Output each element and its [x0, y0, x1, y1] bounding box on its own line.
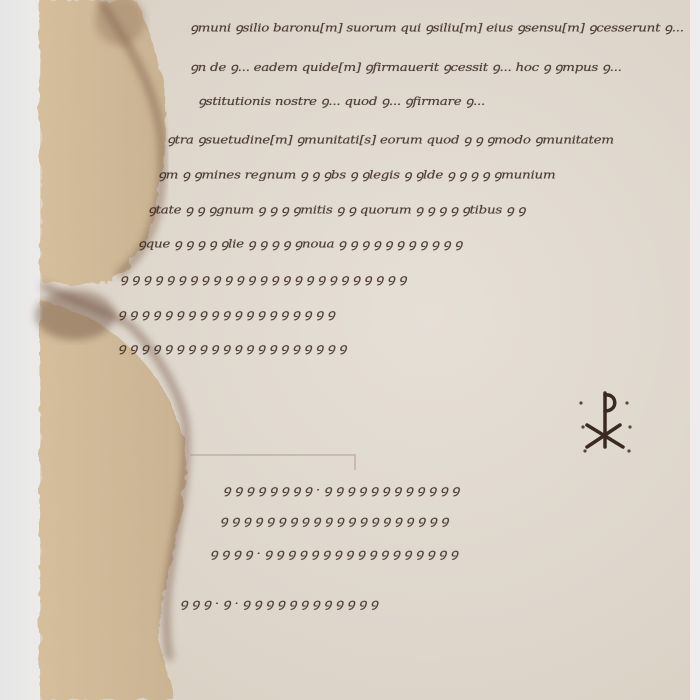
text-line-5: ꝯm ꝯ ꝯmines regnum ꝯ ꝯ ꝯbs ꝯ ꝯlegis ꝯ ꝯl…	[158, 166, 555, 181]
text-line-6: ꝯtate ꝯ ꝯ ꝯgnum ꝯ ꝯ ꝯ ꝯmitis ꝯ ꝯ quorum …	[148, 201, 525, 216]
text-line-4: ꝯtra ꝯsuetudine[m] ꝯmunitati[s] eorum qu…	[167, 131, 614, 146]
text-line-14: ꝯ ꝯ ꝯ · ꝯ · ꝯ ꝯ ꝯ ꝯ ꝯ ꝯ ꝯ ꝯ ꝯ ꝯ ꝯ ꝯ	[180, 595, 378, 610]
text-line-11: ꝯ ꝯ ꝯ ꝯ ꝯ ꝯ ꝯ ꝯ · ꝯ ꝯ ꝯ ꝯ ꝯ ꝯ ꝯ ꝯ ꝯ ꝯ ꝯ …	[223, 481, 459, 496]
text-line-1: ꝯmuni ꝯsilio baronu[m] suorum qui ꝯsiliu…	[190, 19, 640, 34]
text-line-8: ꝯ ꝯ ꝯ ꝯ ꝯ ꝯ ꝯ ꝯ ꝯ ꝯ ꝯ ꝯ ꝯ ꝯ ꝯ ꝯ ꝯ ꝯ ꝯ ꝯ …	[120, 270, 406, 285]
text-line-10: ꝯ ꝯ ꝯ ꝯ ꝯ ꝯ ꝯ ꝯ ꝯ ꝯ ꝯ ꝯ ꝯ ꝯ ꝯ ꝯ ꝯ ꝯ ꝯ ꝯ	[118, 339, 346, 354]
manuscript-text: ꝯmuni ꝯsilio baronu[m] suorum qui ꝯsiliu…	[0, 0, 700, 700]
text-line-9: ꝯ ꝯ ꝯ ꝯ ꝯ ꝯ ꝯ ꝯ ꝯ ꝯ ꝯ ꝯ ꝯ ꝯ ꝯ ꝯ ꝯ ꝯ ꝯ	[118, 305, 335, 320]
chi-rho-icon	[575, 385, 635, 455]
text-line-2: ꝯn de ꝯ... eadem quide[m] ꝯfirmauerit ꝯc…	[190, 59, 622, 74]
text-line-7: ꝯque ꝯ ꝯ ꝯ ꝯ ꝯlie ꝯ ꝯ ꝯ ꝯ ꝯnoua ꝯ ꝯ ꝯ ꝯ …	[138, 235, 462, 250]
text-line-3: ꝯstitutionis nostre ꝯ... quod ꝯ... ꝯfirm…	[198, 93, 485, 108]
text-line-12: ꝯ ꝯ ꝯ ꝯ ꝯ ꝯ ꝯ ꝯ ꝯ ꝯ ꝯ ꝯ ꝯ ꝯ ꝯ ꝯ ꝯ ꝯ ꝯ ꝯ	[220, 512, 448, 527]
text-line-13: ꝯ ꝯ ꝯ ꝯ · ꝯ ꝯ ꝯ ꝯ ꝯ ꝯ ꝯ ꝯ ꝯ ꝯ ꝯ ꝯ ꝯ ꝯ ꝯ …	[210, 545, 458, 560]
